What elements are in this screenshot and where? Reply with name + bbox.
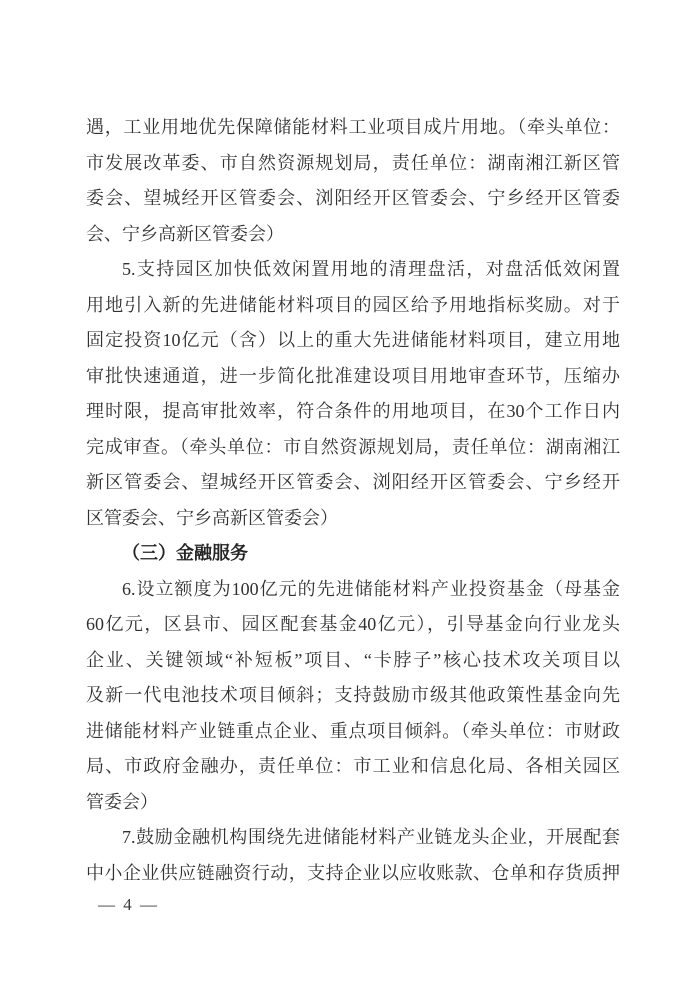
text-line: 进储能材料产业链重点企业、重点项目倾斜。（牵头单位：市财政 — [86, 714, 620, 750]
text-line: 委会、望城经开区管委会、浏阳经开区管委会、宁乡经开区管委 — [86, 181, 620, 217]
text-line-item-7-start: 7.鼓励金融机构围绕先进储能材料产业链龙头企业，开展配套 — [86, 820, 620, 856]
document-body: 遇，工业用地优先保障储能材料工业项目成片用地。（牵头单位： 市发展改革委、市自然… — [86, 110, 620, 891]
text-line: 遇，工业用地优先保障储能材料工业项目成片用地。（牵头单位： — [86, 110, 620, 146]
text-line: 审批快速通道，进一步简化批准建设项目用地审查环节，压缩办 — [86, 359, 620, 395]
text-line-item-5-start: 5.支持园区加快低效闲置用地的清理盘活，对盘活低效闲置 — [86, 252, 620, 288]
text-line: 用地引入新的先进储能材料项目的园区给予用地指标奖励。对于 — [86, 288, 620, 324]
document-page: 遇，工业用地优先保障储能材料工业项目成片用地。（牵头单位： 市发展改革委、市自然… — [0, 0, 700, 989]
text-line: 及新一代电池技术项目倾斜；支持鼓励市级其他政策性基金向先 — [86, 678, 620, 714]
text-line-item-6-start: 6.设立额度为100亿元的先进储能材料产业投资基金（母基金 — [86, 572, 620, 608]
text-line: 局、市政府金融办，责任单位：市工业和信息化局、各相关园区 — [86, 749, 620, 785]
text-line: 新区管委会、望城经开区管委会、浏阳经开区管委会、宁乡经开 — [86, 465, 620, 501]
text-line: 理时限，提高审批效率，符合条件的用地项目，在30个工作日内 — [86, 394, 620, 430]
text-line: 固定投资10亿元（含）以上的重大先进储能材料项目，建立用地 — [86, 323, 620, 359]
text-line: 市发展改革委、市自然资源规划局，责任单位：湖南湘江新区管 — [86, 146, 620, 182]
text-line: 60亿元，区县市、园区配套基金40亿元），引导基金向行业龙头 — [86, 607, 620, 643]
text-line: 完成审查。（牵头单位：市自然资源规划局，责任单位：湖南湘江 — [86, 430, 620, 466]
text-line: 会、宁乡高新区管委会） — [86, 217, 620, 253]
text-line: 企业、关键领域“补短板”项目、“卡脖子”核心技术攻关项目以 — [86, 643, 620, 679]
page-number: — 4 — — [98, 893, 159, 917]
text-line: 区管委会、宁乡高新区管委会） — [86, 501, 620, 537]
text-line: 管委会） — [86, 785, 620, 821]
section-heading: （三）金融服务 — [86, 536, 620, 572]
text-line: 中小企业供应链融资行动，支持企业以应收账款、仓单和存货质押 — [86, 856, 620, 892]
